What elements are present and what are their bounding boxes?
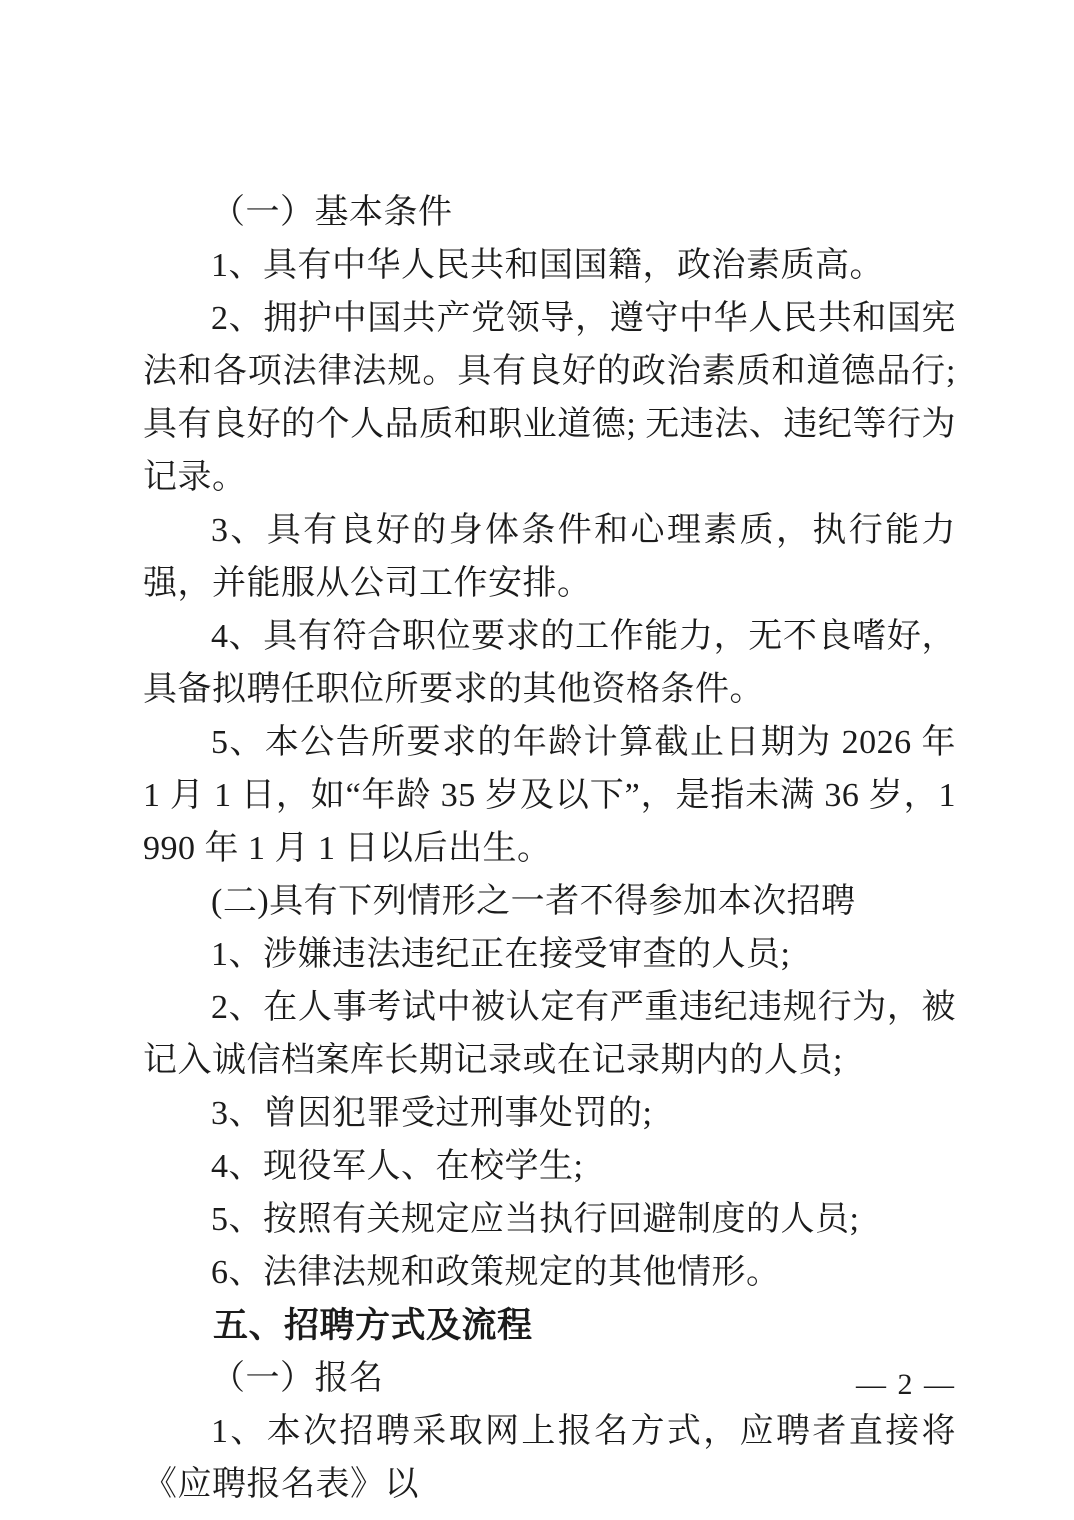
paragraph: 6、法律法规和政策规定的其他情形。 — [143, 1246, 956, 1299]
paragraph: 5、本公告所要求的年龄计算截止日期为 2026 年 1 月 1 日，如“年龄 3… — [143, 716, 956, 875]
paragraph: 4、具有符合职位要求的工作能力，无不良嗜好，具备拟聘任职位所要求的其他资格条件。 — [143, 610, 956, 716]
paragraph: 3、曾因犯罪受过刑事处罚的; — [143, 1087, 956, 1140]
section-heading-recruitment-process: 五、招聘方式及流程 — [143, 1299, 956, 1352]
section-heading-basic-conditions: （一）基本条件 — [143, 186, 956, 239]
paragraph: 4、现役军人、在校学生; — [143, 1140, 956, 1193]
paragraph: 2、拥护中国共产党领导，遵守中华人民共和国宪法和各项法律法规。具有良好的政治素质… — [143, 292, 956, 504]
paragraph: 3、具有良好的身体条件和心理素质，执行能力强，并能服从公司工作安排。 — [143, 504, 956, 610]
paragraph: 1、本次招聘采取网上报名方式，应聘者直接将《应聘报名表》以 — [143, 1405, 956, 1511]
paragraph: 2、在人事考试中被认定有严重违纪违规行为，被记入诚信档案库长期记录或在记录期内的… — [143, 981, 956, 1087]
section-heading-registration: （一）报名 — [143, 1352, 956, 1405]
paragraph: 1、涉嫌违法违纪正在接受审查的人员; — [143, 928, 956, 981]
page-number: — 2 — — [856, 1368, 956, 1402]
section-heading-disqualifications: (二)具有下列情形之一者不得参加本次招聘 — [143, 875, 956, 928]
document-page: （一）基本条件 1、具有中华人民共和国国籍，政治素质高。 2、拥护中国共产党领导… — [0, 0, 1074, 1520]
paragraph: 5、按照有关规定应当执行回避制度的人员; — [143, 1193, 956, 1246]
document-body: （一）基本条件 1、具有中华人民共和国国籍，政治素质高。 2、拥护中国共产党领导… — [143, 186, 956, 1511]
paragraph: 1、具有中华人民共和国国籍，政治素质高。 — [143, 239, 956, 292]
